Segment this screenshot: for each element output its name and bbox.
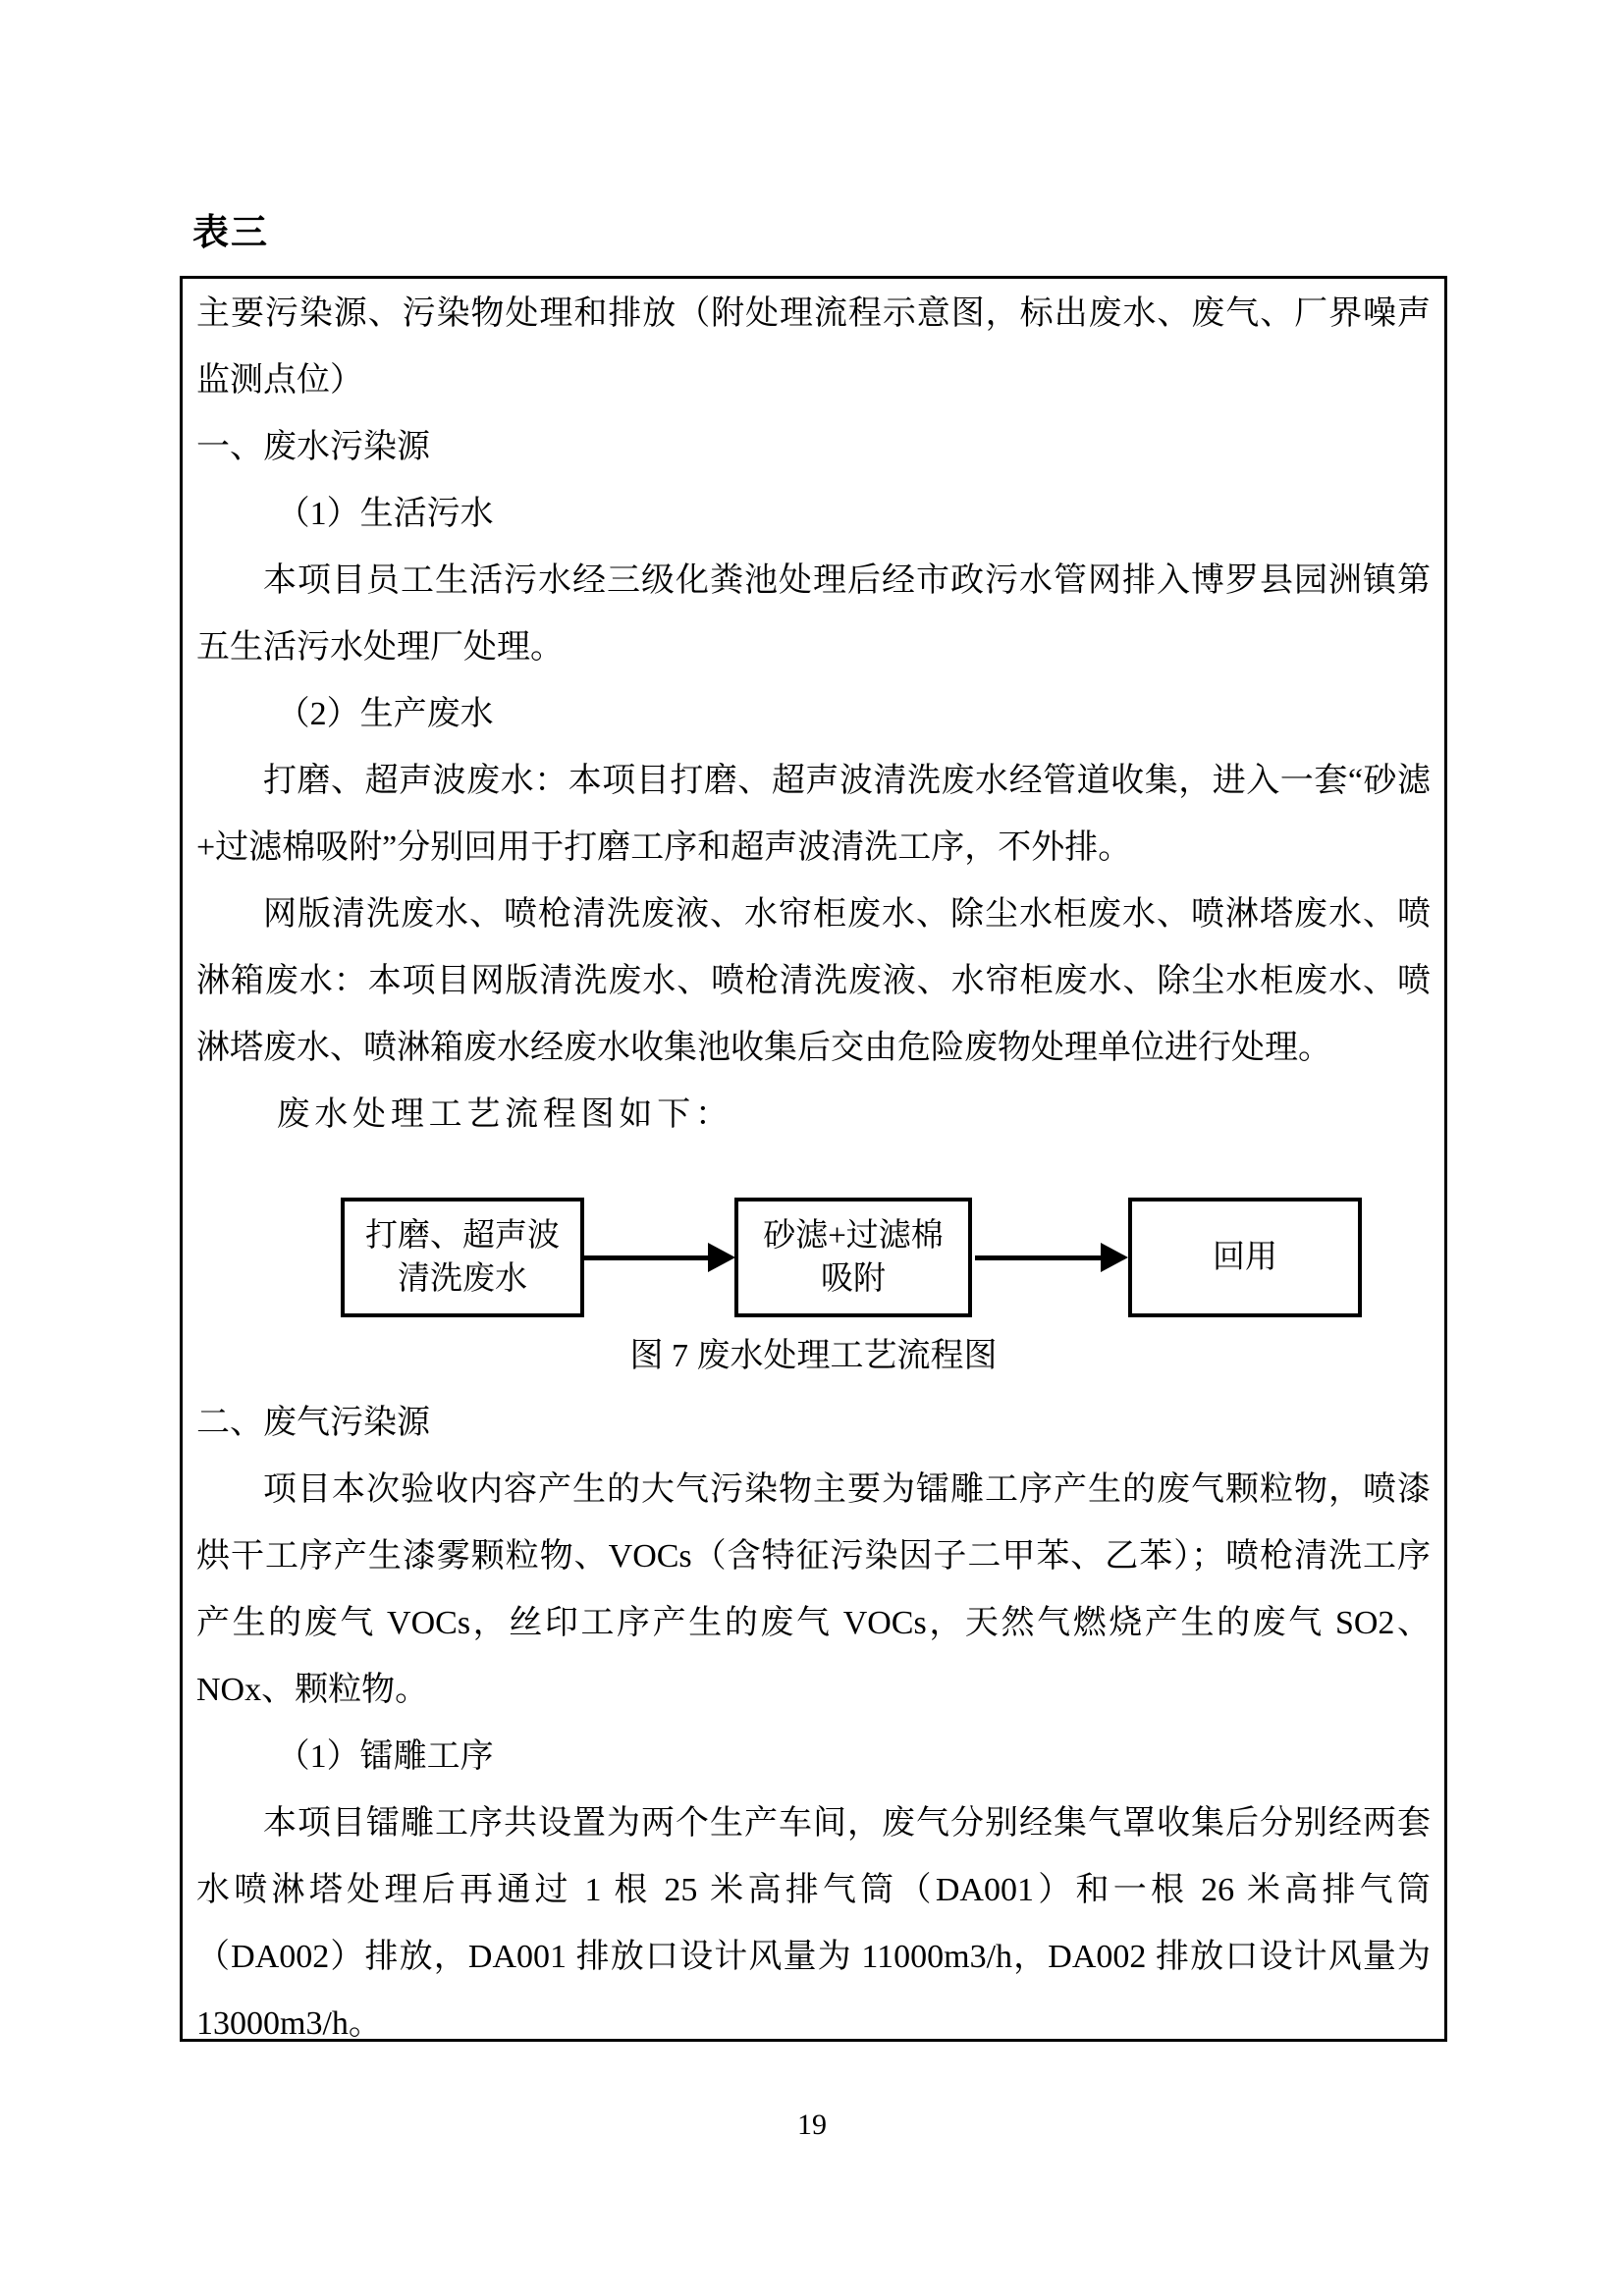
wastewater-flow-diagram: 打磨、超声波 清洗废水 砂滤+过滤棉 吸附 回用 <box>196 1198 1431 1323</box>
table-label: 表三 <box>192 202 269 255</box>
section2-sub1-heading: （1）镭雕工序 <box>196 1724 1431 1790</box>
section1-sub2-heading: （2）生产废水 <box>196 681 1431 748</box>
cell-header-text: 主要污染源、污染物处理和排放（附处理流程示意图，标出废水、废气、厂界噪声监测点位… <box>196 281 1431 414</box>
flow-box-grinding-ultrasonic-wastewater: 打磨、超声波 清洗废水 <box>341 1198 584 1317</box>
wastewater-flow-intro: 废水处理工艺流程图如下： <box>196 1082 1431 1148</box>
section2-paragraph-1: 项目本次验收内容产生的大气污染物主要为镭雕工序产生的废气颗粒物，喷漆烘干工序产生… <box>196 1457 1431 1724</box>
flow-arrow-1-head-icon <box>708 1243 735 1272</box>
section1-sub2-paragraph-1: 打磨、超声波废水：本项目打磨、超声波清洗废水经管道收集，进入一套“砂滤+过滤棉吸… <box>196 748 1431 881</box>
figure7-caption: 图 7 废水处理工艺流程图 <box>196 1323 1431 1390</box>
document-page: 表三 主要污染源、污染物处理和排放（附处理流程示意图，标出废水、废气、厂界噪声监… <box>0 0 1624 2296</box>
flow-arrow-1 <box>584 1255 710 1260</box>
flow-box-reuse: 回用 <box>1128 1198 1362 1317</box>
page-number: 19 <box>0 2109 1624 2142</box>
section1-heading: 一、废水污染源 <box>196 414 1431 481</box>
section1-sub1-paragraph: 本项目员工生活污水经三级化粪池处理后经市政污水管网排入博罗县园洲镇第五生活污水处… <box>196 548 1431 681</box>
flow-box-sand-filter-cotton-adsorption: 砂滤+过滤棉 吸附 <box>734 1198 972 1317</box>
section2-sub1-paragraph: 本项目镭雕工序共设置为两个生产车间，废气分别经集气罩收集后分别经两套水喷淋塔处理… <box>196 1790 1431 2042</box>
form-table-cell: 主要污染源、污染物处理和排放（附处理流程示意图，标出废水、废气、厂界噪声监测点位… <box>180 276 1447 2042</box>
section2-heading: 二、废气污染源 <box>196 1390 1431 1457</box>
flow-arrow-2-head-icon <box>1101 1243 1128 1272</box>
section1-sub1-heading: （1）生活污水 <box>196 481 1431 548</box>
section1-sub2-paragraph-2: 网版清洗废水、喷枪清洗废液、水帘柜废水、除尘水柜废水、喷淋塔废水、喷淋箱废水：本… <box>196 881 1431 1082</box>
flow-arrow-2 <box>975 1255 1103 1260</box>
